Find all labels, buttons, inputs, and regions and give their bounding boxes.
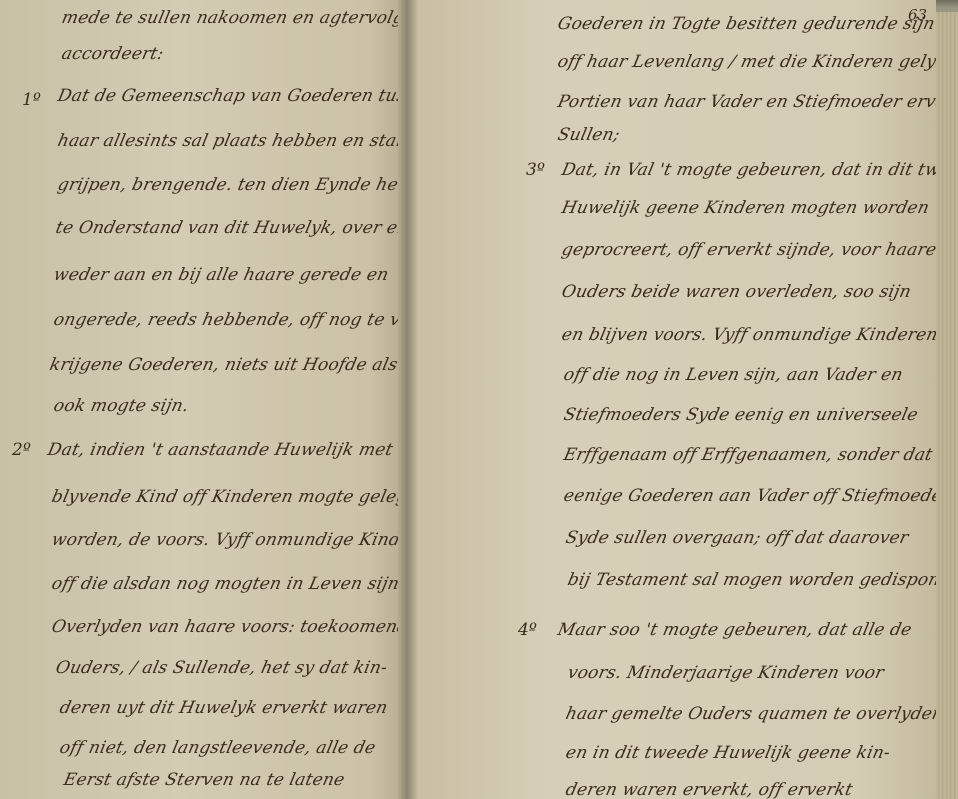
left-line-6: te Onderstand van dit Huwelyk, over en	[54, 218, 411, 238]
book-page-edges	[936, 12, 958, 799]
right-line-3: Portien van haar Vader en Stiefmoeder er…	[556, 92, 958, 112]
right-line-7: geprocreert, off erverkt sijnde, voor ha…	[560, 240, 938, 260]
left-line-19: Eerst afste Sterven na te latene	[62, 770, 347, 790]
left-line-16: Ouders, / als Sullende, het sy dat kin-	[54, 658, 389, 678]
right-line-6: Huwelijk geene Kinderen mogten worden	[560, 198, 931, 218]
right-line-12: Erffgenaam off Erffgenaamen, sonder dat	[562, 445, 935, 465]
left-line-11: Dat, indien 't aanstaande Huwelijk met	[46, 440, 395, 460]
open-book-spread: mede te sullen nakoomen en agtervolgen, …	[0, 0, 958, 799]
right-line-17: voors. Minderjaarige Kinderen voor	[566, 663, 886, 683]
right-page: 63 Goederen in Togte besitten gedurende …	[418, 0, 936, 799]
right-line-16: Maar soo 't mogte gebeuren, dat alle de	[556, 620, 914, 640]
right-line-4: Sullen;	[556, 125, 622, 145]
right-line-15: bij Testament sal mogen worden gedispone…	[566, 570, 958, 590]
left-line-7: weder aan en bij alle haare gerede en	[52, 265, 391, 285]
right-line-13: eenige Goederen aan Vader off Stiefmoede…	[562, 486, 958, 506]
left-line-18: off niet, den langstleevende, alle de	[58, 738, 378, 758]
right-line-14: Syde sullen overgaan; off dat daarover	[564, 528, 910, 548]
left-line-15: Overlyden van haare voors: toekoomende	[50, 617, 421, 637]
left-line-2: accordeert:	[60, 44, 166, 64]
right-line-20: deren waren erverkt, off erverkt	[564, 780, 855, 799]
left-page: mede te sullen nakoomen en agtervolgen, …	[0, 0, 400, 799]
right-line-8: Ouders beide waren overleden, soo sijn	[560, 282, 913, 302]
left-line-10: ook mogte sijn.	[52, 396, 191, 416]
right-line-1: Goederen in Togte besitten gedurende sij…	[556, 14, 937, 34]
right-line-18: haar gemelte Ouders quamen te overlyden,	[564, 704, 951, 724]
right-line-5: Dat, in Val 't mogte gebeuren, dat in di…	[560, 160, 958, 180]
right-line-10: off die nog in Leven sijn, aan Vader en	[562, 365, 905, 385]
left-line-14: off die alsdan nog mogten in Leven sijn …	[50, 574, 429, 594]
left-line-4: haar allesints sal plaats hebben en stan…	[56, 131, 421, 151]
article-number-1: 1º	[22, 90, 41, 110]
article-number-3: 3º	[526, 160, 545, 180]
right-line-2: off haar Levenlang / met die Kinderen ge…	[556, 52, 958, 72]
left-line-12: blyvende Kind off Kinderen mogte gelegen	[50, 487, 431, 507]
left-line-8: ongerede, reeds hebbende, off nog te ver…	[52, 310, 427, 330]
book-gutter	[398, 0, 418, 799]
left-line-9: krijgene Goederen, niets uit Hoofde als	[48, 355, 400, 375]
left-line-17: deren uyt dit Huwelyk erverkt waren	[58, 698, 390, 718]
article-number-4: 4º	[518, 620, 537, 640]
right-line-11: Stiefmoeders Syde eenig en universeele	[562, 405, 920, 425]
right-line-9: en blijven voors. Vyff onmundige Kindere…	[560, 325, 940, 345]
left-line-13: worden, de voors. Vyff onmundige Kindere…	[50, 530, 442, 550]
article-number-2: 2º	[12, 440, 31, 460]
right-line-19: en in dit tweede Huwelijk geene kin-	[564, 743, 892, 763]
